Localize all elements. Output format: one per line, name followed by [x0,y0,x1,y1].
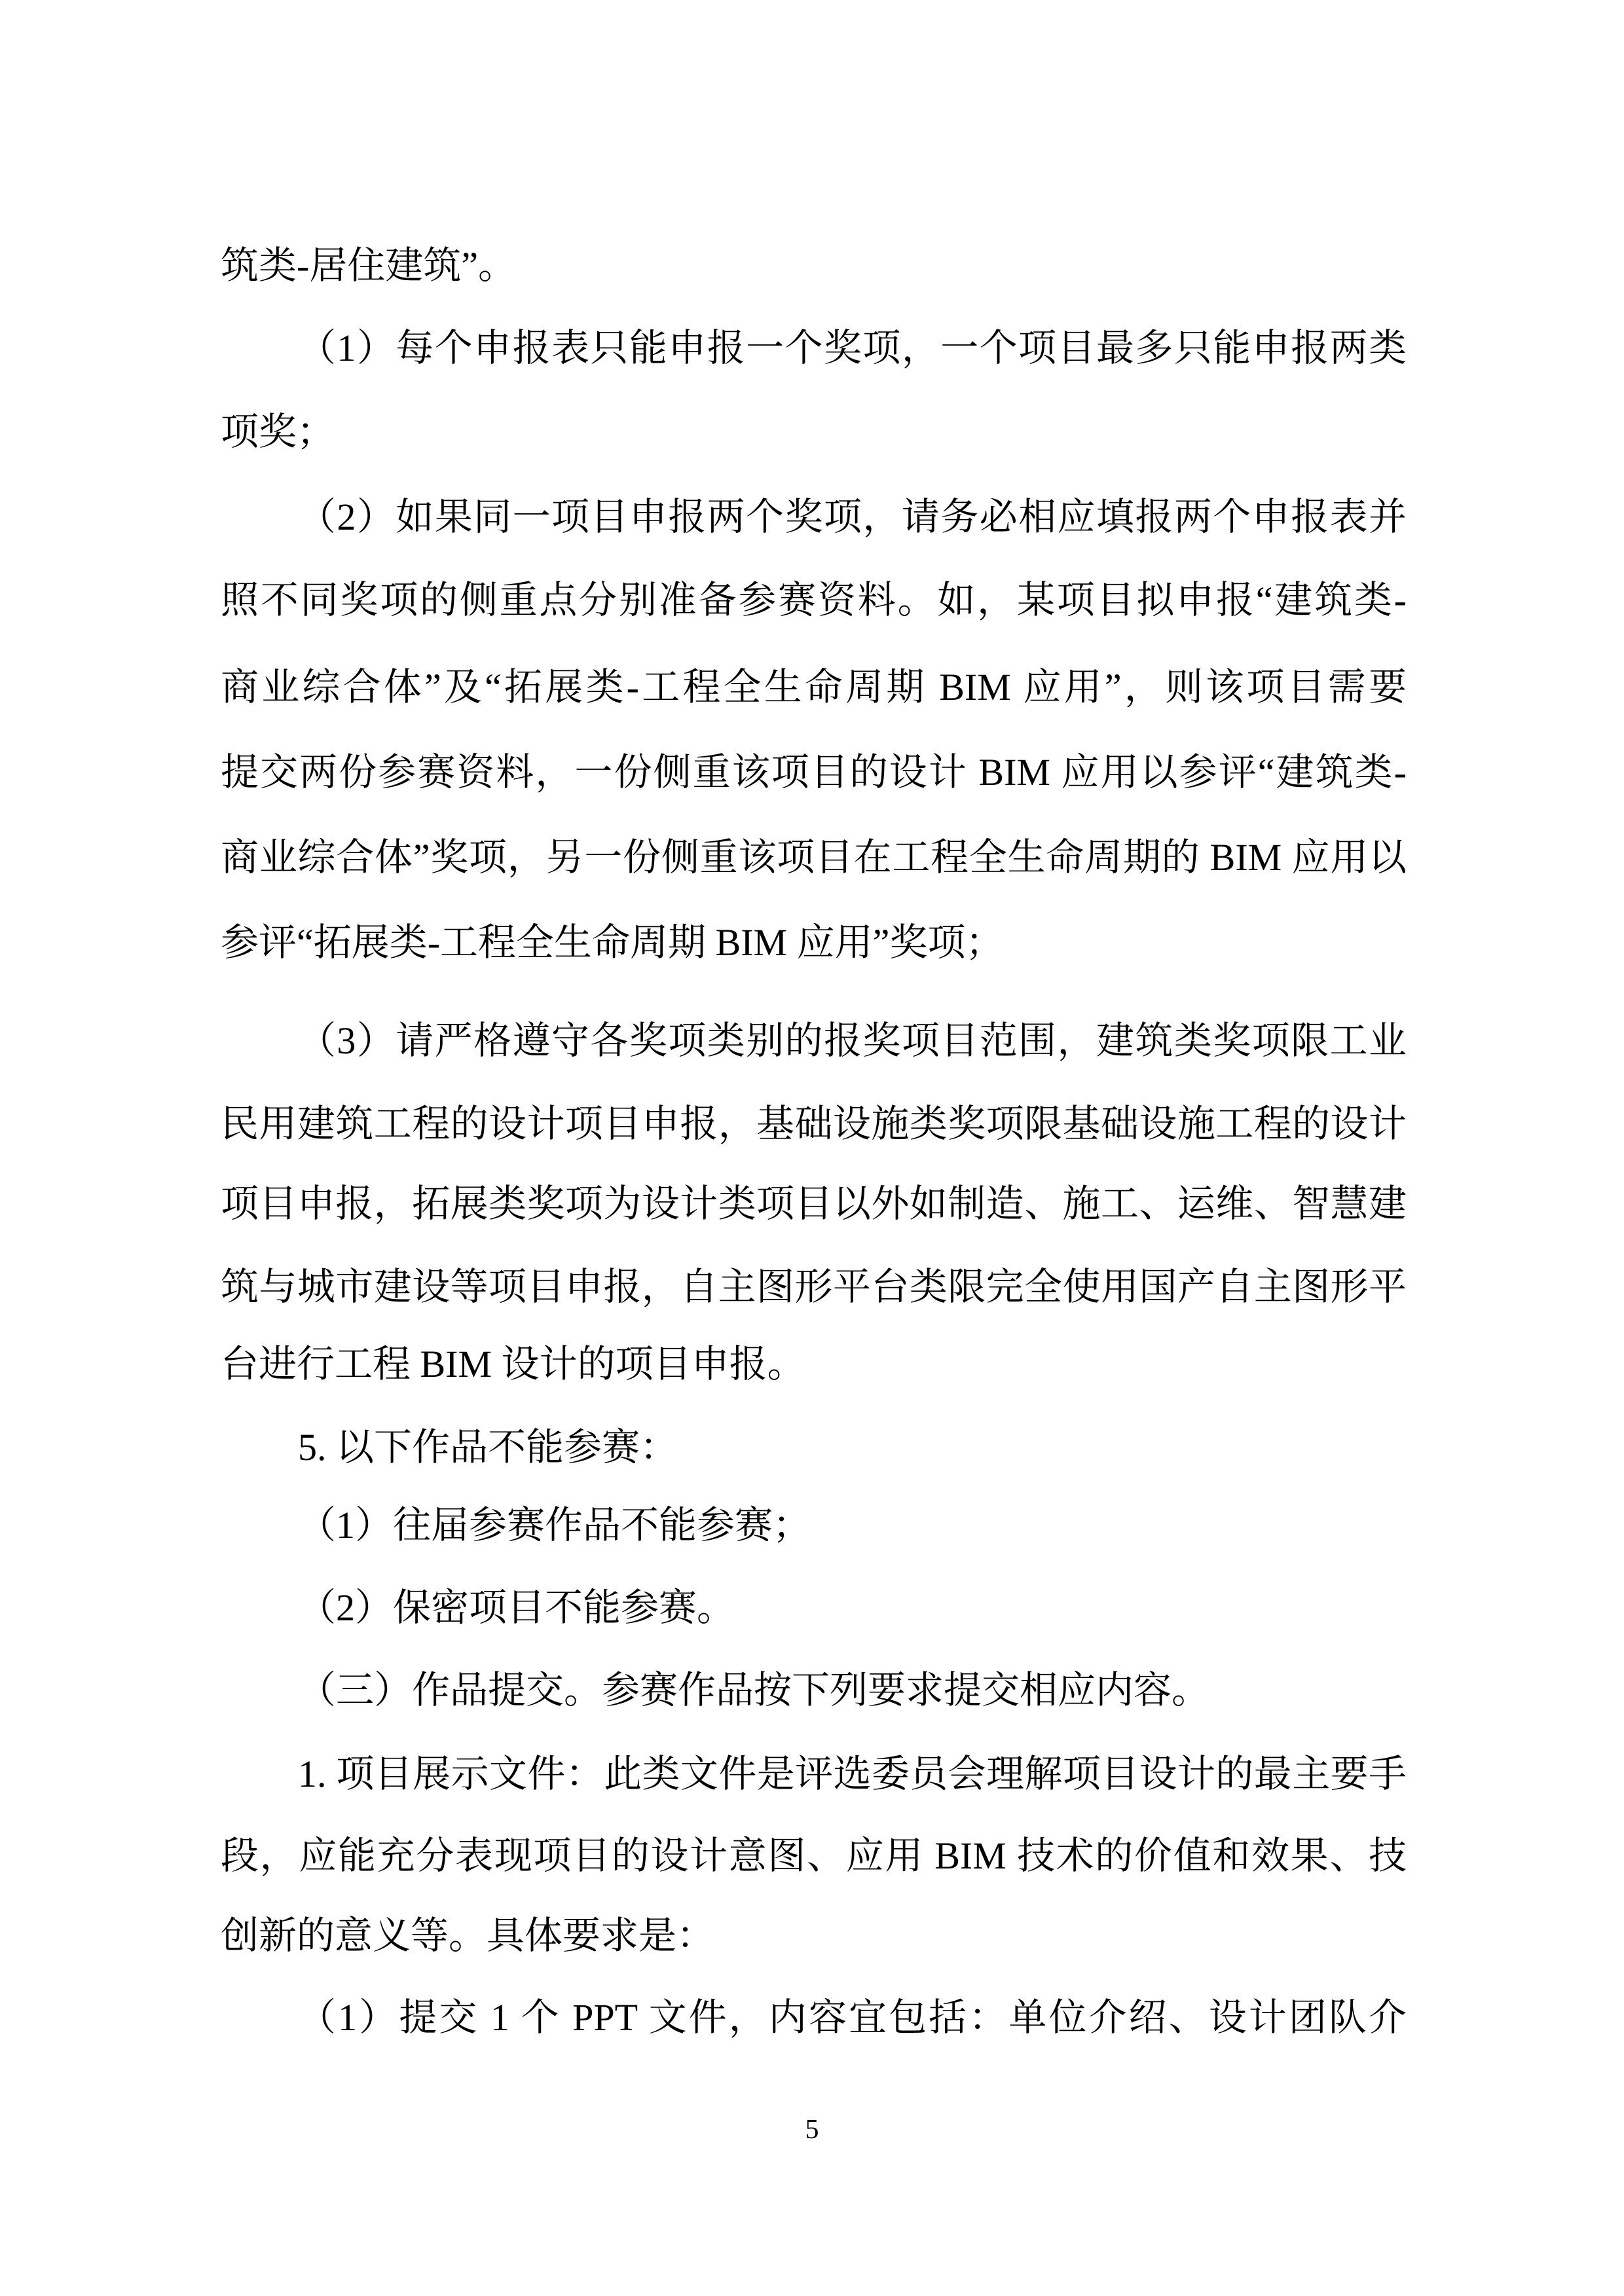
list-item: （1）往届参赛作品不能参赛； [298,1499,1407,1552]
text-line: 筑与城市建设等项目申报，自主图形平台类限完全使用国产自主图形平 [221,1261,1407,1313]
text-line: （1）提交 1 个 PPT 文件，内容宜包括：单位介绍、设计团队介绍、 [298,1992,1407,2044]
text-line: （2）如果同一项目申报两个奖项，请务必相应填报两个申报表并按 [298,491,1407,543]
text-line: 创新的意义等。具体要求是： [221,1910,1407,1962]
page-number: 5 [747,2111,877,2148]
text-line: 台进行工程 BIM 设计的项目申报。 [221,1338,1407,1391]
text-line: （3）请严格遵守各奖项类别的报奖项目范围，建筑类奖项限工业与 [298,1015,1407,1067]
text-line: 段，应能充分表现项目的设计意图、应用 BIM 技术的价值和效果、技术 [221,1830,1407,1882]
text-line: 民用建筑工程的设计项目申报，基础设施类奖项限基础设施工程的设计 [221,1098,1407,1150]
section-heading: （三）作品提交。参赛作品按下列要求提交相应内容。 [298,1664,1407,1717]
text-line: 筑类-居住建筑”。 [221,240,1407,292]
list-item: （2）保密项目不能参赛。 [298,1582,1407,1634]
text-line: 项目申报，拓展类奖项为设计类项目以外如制造、施工、运维、智慧建 [221,1178,1407,1230]
text-line: 1. 项目展示文件：此类文件是评选委员会理解项目设计的最主要手 [298,1748,1407,1800]
text-line: 商业综合体”及“拓展类-工程全生命周期 BIM 应用”，则该项目需要 [221,661,1407,714]
text-line: 提交两份参赛资料，一份侧重该项目的设计 BIM 应用以参评“建筑类- [221,746,1407,799]
list-heading: 5. 以下作品不能参赛： [298,1421,1407,1474]
text-line: 项奖； [221,406,1407,458]
document-page: 筑类-居住建筑”。 （1）每个申报表只能申报一个奖项，一个项目最多只能申报两类单… [0,0,1624,2296]
text-line: 参评“拓展类-工程全生命周期 BIM 应用”奖项； [221,917,1407,969]
text-line: 照不同奖项的侧重点分别准备参赛资料。如，某项目拟申报“建筑类- [221,574,1407,627]
text-line: 商业综合体”奖项，另一份侧重该项目在工程全生命周期的 BIM 应用以 [221,831,1407,884]
text-line: （1）每个申报表只能申报一个奖项，一个项目最多只能申报两类单 [298,322,1407,374]
